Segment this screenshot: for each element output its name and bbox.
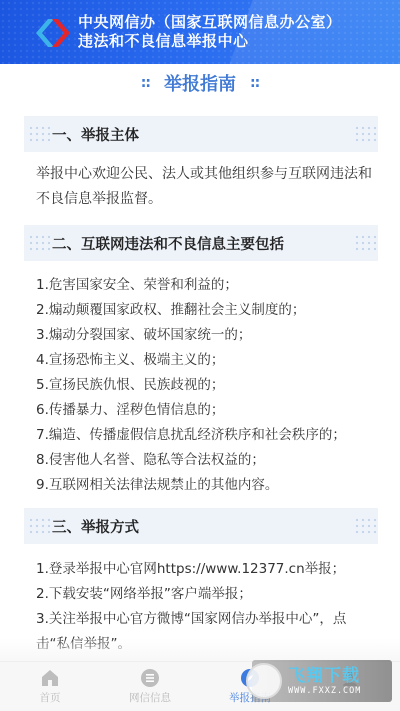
page-title: :: 举报指南 :: <box>0 68 400 98</box>
header-title: 中央网信办（国家互联网信息办公室） 违法和不良信息举报中心 <box>78 13 342 51</box>
section-header-content: 二、互联网违法和不良信息主要包括 <box>24 225 378 261</box>
tab-label: 首页 <box>40 690 61 705</box>
list-item: 5.宣扬民族仇恨、民族歧视的； <box>36 373 386 398</box>
dot-grid-decor <box>354 125 376 143</box>
list-item: 6.传播暴力、淫秽色情信息的； <box>36 398 386 423</box>
watermark-text-en: WWW.FXXZ.COM <box>288 686 361 696</box>
dot-grid-decor <box>354 517 376 535</box>
list-item: 7.编造、传播虚假信息扰乱经济秩序和社会秩序的； <box>36 423 386 448</box>
tab-news[interactable]: 网信信息 <box>100 662 200 711</box>
list-item: 8.侵害他人名誉、隐私等合法权益的； <box>36 448 386 473</box>
list-item: 4.宣扬恐怖主义、极端主义的； <box>36 348 386 373</box>
section-heading: 三、举报方式 <box>52 516 139 537</box>
home-icon <box>40 668 60 688</box>
section-header-subject: 一、举报主体 <box>24 116 378 152</box>
list-item: 2.煽动颠覆国家政权、推翻社会主义制度的； <box>36 298 386 323</box>
scroll-fade <box>0 638 400 662</box>
logo-icon <box>32 16 72 50</box>
watermark-overlay: 飞翔下载 WWW.FXXZ.COM <box>252 660 392 702</box>
tab-label: 网信信息 <box>129 690 171 705</box>
list-item: 3.煽动分裂国家、破坏国家统一的； <box>36 323 386 348</box>
dot-grid-decor <box>28 234 50 252</box>
decor-dots-right: :: <box>250 75 259 91</box>
list-item: 2.下载安装“网络举报”客户端举报； <box>36 582 386 607</box>
content-list: 1.危害国家安全、荣誉和利益的； 2.煽动颠覆国家政权、推翻社会主义制度的； 3… <box>36 273 386 498</box>
list-icon <box>140 668 160 688</box>
watermark-logo-icon <box>246 663 282 699</box>
section-header-methods: 三、举报方式 <box>24 508 378 544</box>
section-heading: 一、举报主体 <box>52 124 139 145</box>
section-paragraph: 举报中心欢迎公民、法人或其他组织参与互联网违法和不良信息举报监督。 <box>36 162 376 212</box>
dot-grid-decor <box>354 234 376 252</box>
tab-home[interactable]: 首页 <box>0 662 100 711</box>
header-title-line2: 违法和不良信息举报中心 <box>78 32 342 51</box>
header-title-line1: 中央网信办（国家互联网信息办公室） <box>78 13 342 32</box>
watermark-text-cn: 飞翔下载 <box>288 666 361 686</box>
list-item: 9.互联网相关法律法规禁止的其他内容。 <box>36 473 386 498</box>
page-title-text: 举报指南 <box>164 70 236 96</box>
app-header: 中央网信办（国家互联网信息办公室） 违法和不良信息举报中心 <box>0 0 400 64</box>
decor-dots-left: :: <box>141 75 150 91</box>
list-item: 3.关注举报中心官方微博“国家网信办举报中心”，点 <box>36 607 386 632</box>
list-item[interactable]: 1.登录举报中心官网https://www.12377.cn举报； <box>36 557 386 582</box>
dot-grid-decor <box>28 517 50 535</box>
section-heading: 二、互联网违法和不良信息主要包括 <box>52 233 284 254</box>
list-item: 1.危害国家安全、荣誉和利益的； <box>36 273 386 298</box>
dot-grid-decor <box>28 125 50 143</box>
